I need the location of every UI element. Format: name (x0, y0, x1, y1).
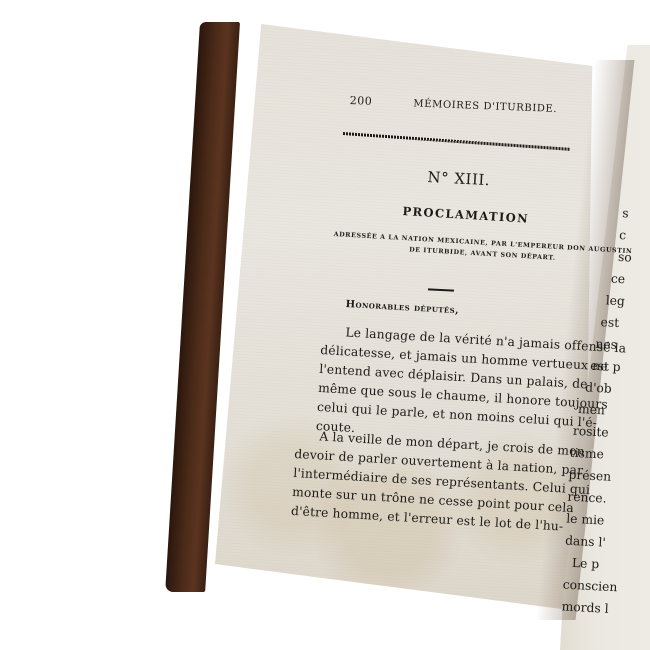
short-divider (428, 288, 454, 291)
text-line: d'ob (573, 376, 629, 401)
text-line: s (582, 200, 638, 225)
book-photo: 200 MÉMOIRES D'ITURBIDE. N° XIII. PROCLA… (0, 0, 650, 650)
document-title: PROCLAMATION (402, 204, 529, 226)
text-line: nes (575, 332, 631, 357)
text-line: présen (568, 464, 624, 489)
text-line: c (581, 222, 637, 247)
text-line: so (580, 244, 636, 269)
text-line: rosite (570, 420, 626, 445)
text-line: dans l' (565, 530, 621, 555)
text-line: mords l (561, 595, 617, 620)
salutation: Honorables députés, (345, 299, 459, 316)
page-number: 200 (350, 94, 410, 109)
ornamental-rule (343, 132, 571, 151)
text-line: le mie (566, 508, 622, 533)
text-line: conscien (562, 573, 618, 598)
text-line: men (571, 398, 627, 423)
text-line: rence. (567, 486, 623, 511)
page-content: 200 MÉMOIRES D'ITURBIDE. N° XIII. PROCLA… (0, 0, 650, 650)
text-line: tisme (569, 442, 625, 467)
text-line: est p (574, 354, 630, 379)
running-title: MÉMOIRES D'ITURBIDE. (413, 98, 557, 115)
text-line: Le p (563, 552, 619, 577)
text-line: leg (577, 288, 633, 313)
paragraph-2: A la veille de mon départ, je crois de m… (291, 426, 593, 538)
text-line: est (576, 310, 632, 335)
running-header: 200 MÉMOIRES D'ITURBIDE. (350, 94, 558, 115)
document-number: N° XIII. (427, 168, 490, 189)
text-line: ce (578, 266, 634, 291)
